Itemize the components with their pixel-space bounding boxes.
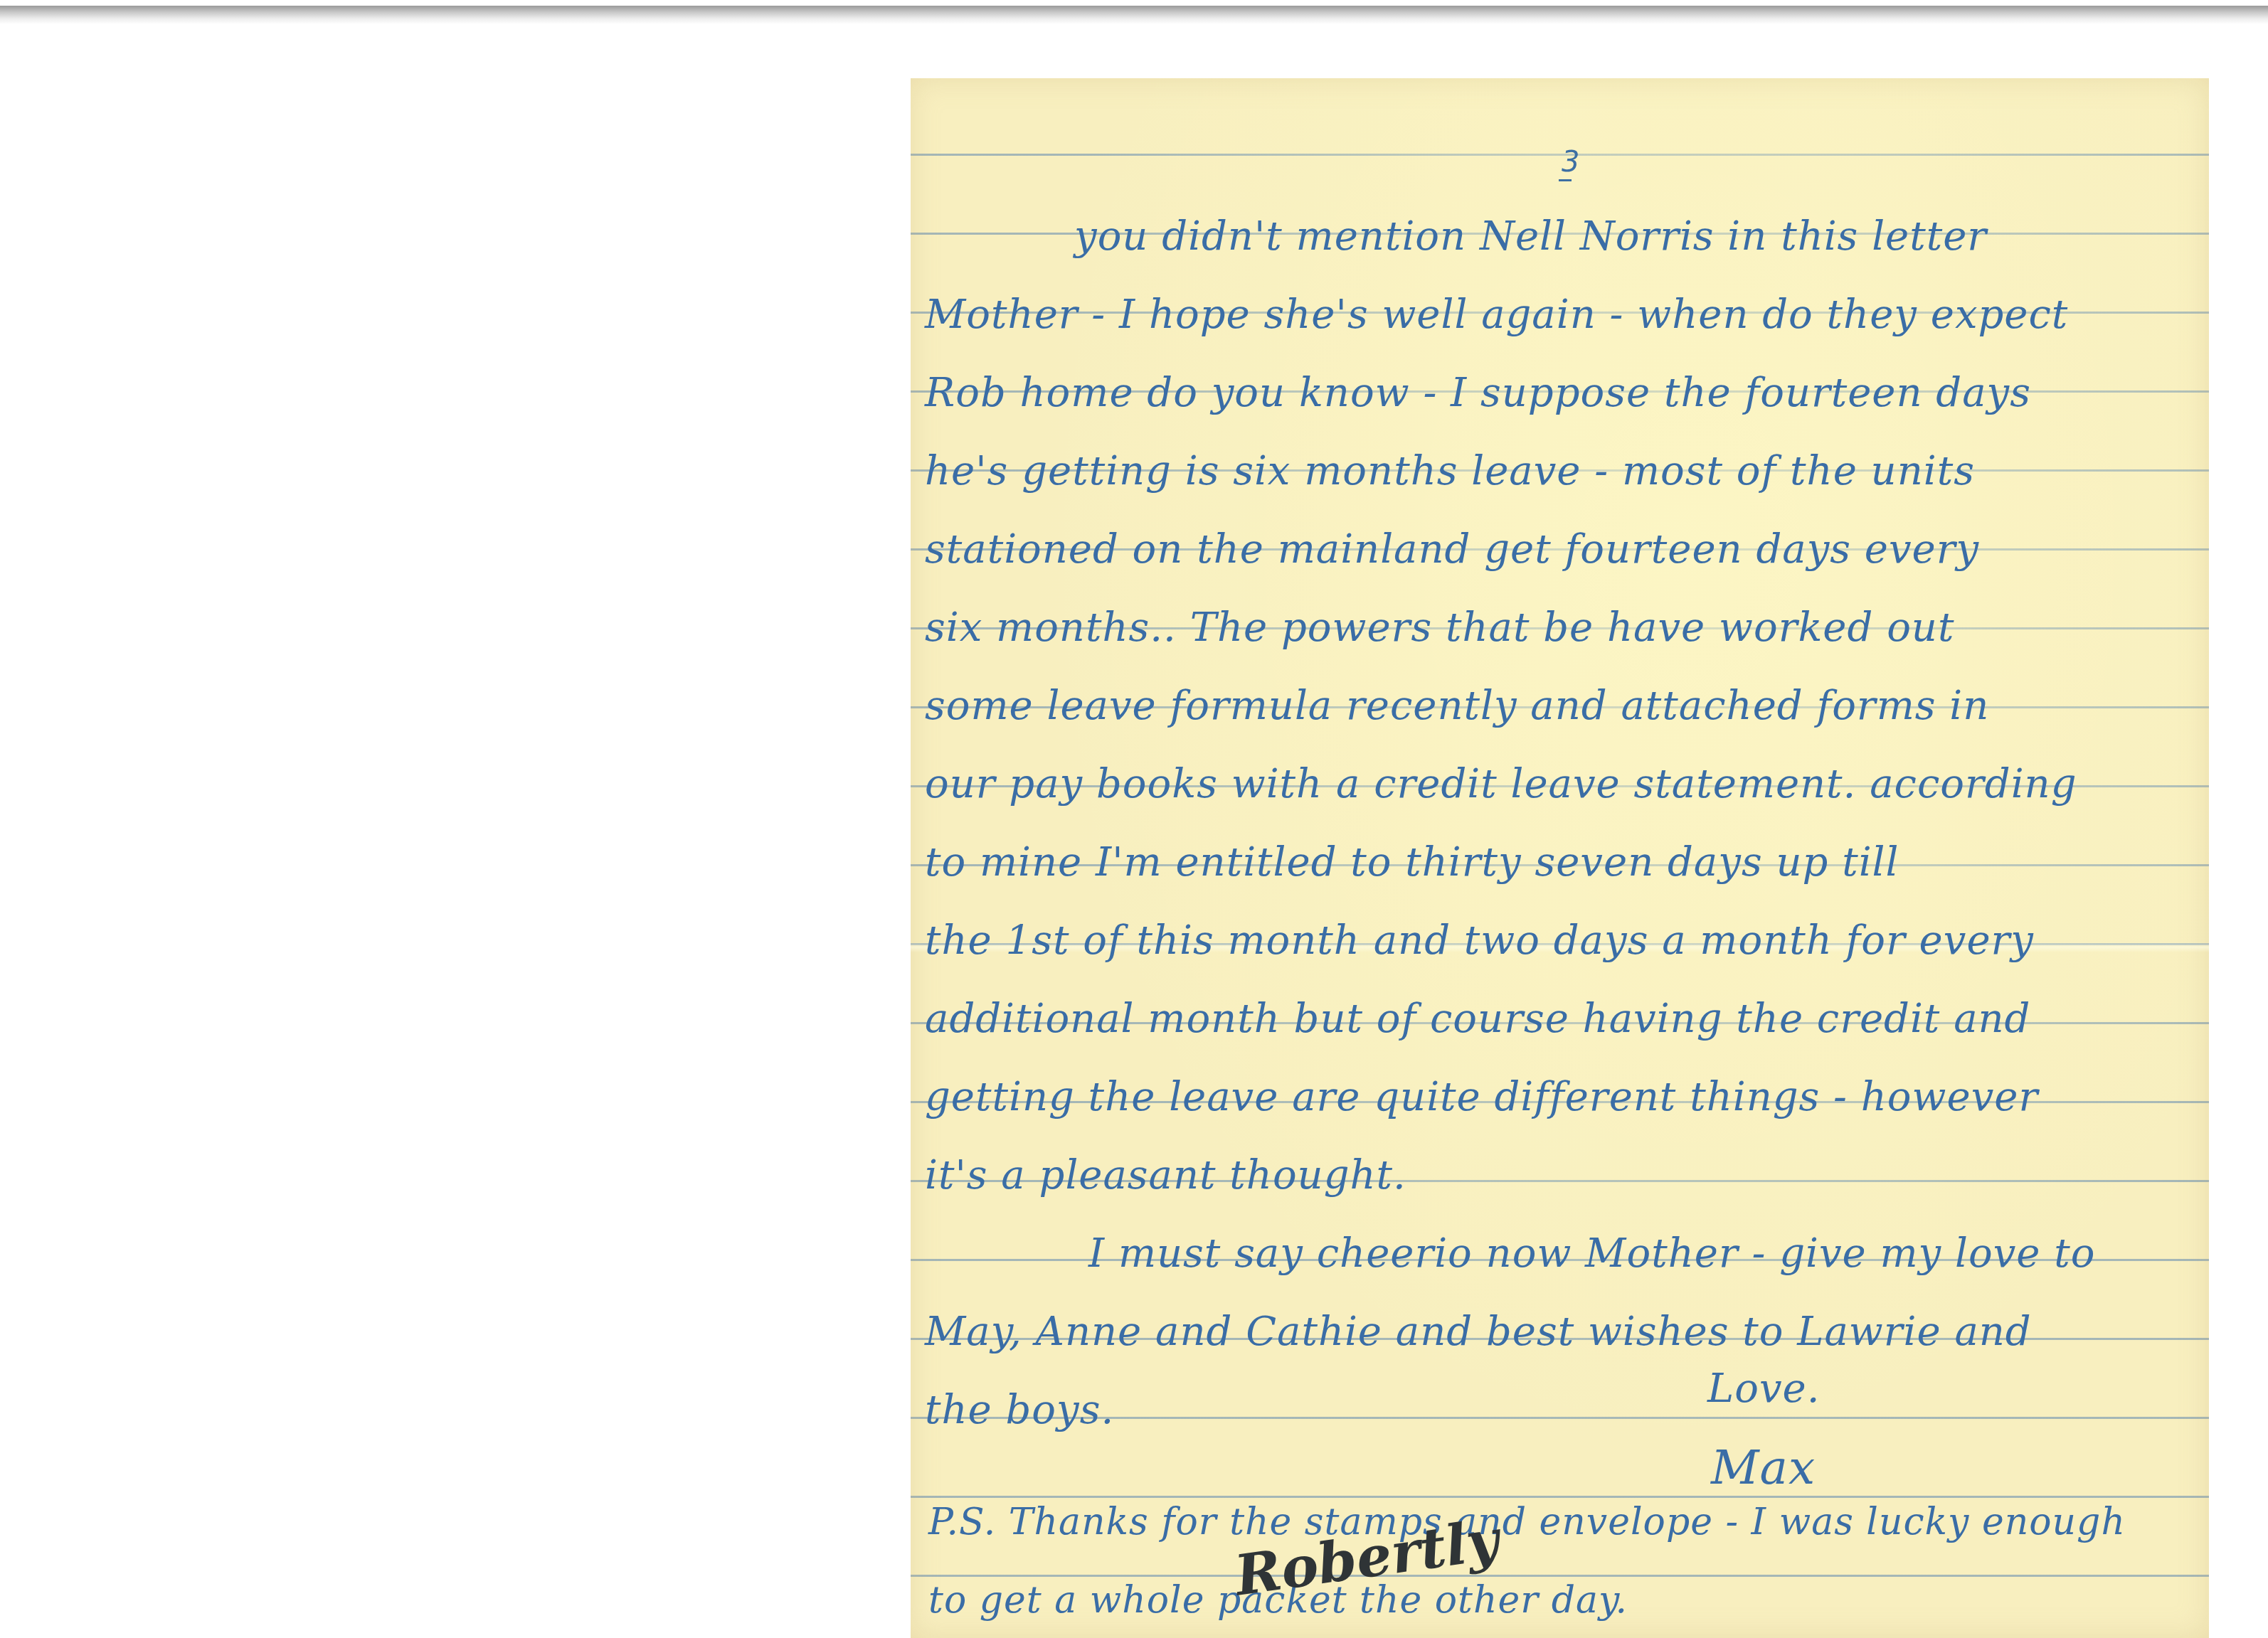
letter-line: you didn't mention Nell Norris in this l…	[1074, 213, 1987, 260]
letter-line: getting the leave are quite different th…	[925, 1074, 2038, 1120]
letter-line: Mother - I hope she's well again - when …	[925, 292, 2068, 338]
letter-line: he's getting is six months leave - most …	[925, 448, 1975, 494]
closing-line: May, Anne and Cathie and best wishes to …	[925, 1309, 2032, 1355]
letter-line: six months.. The powers that be have wor…	[925, 605, 1954, 651]
letter-line: stationed on the mainland get fourteen d…	[925, 526, 1979, 573]
letter-line: the 1st of this month and two days a mon…	[925, 918, 2034, 964]
letter-line: our pay books with a credit leave statem…	[925, 761, 2077, 807]
letter-page: 3 you didn't mention Nell Norris in this…	[911, 78, 2209, 1638]
letter-line: some leave formula recently and attached…	[925, 683, 1989, 729]
closing-line: the boys.	[925, 1387, 1114, 1433]
postscript-line: P.S. Thanks for the stamps and envelope …	[928, 1501, 2126, 1543]
letter-line: Rob home do you know - I suppose the fou…	[925, 370, 2031, 416]
letter-line: additional month but of course having th…	[925, 996, 2030, 1042]
valediction: Love.	[1707, 1366, 1820, 1412]
scanner-edge-shadow	[0, 6, 2268, 24]
letter-line: to mine I'm entitled to thirty seven day…	[925, 839, 1899, 886]
letter-line: it's a pleasant thought.	[925, 1152, 1406, 1198]
page-number: 3	[1562, 146, 1579, 179]
closing-line: I must say cheerio now Mother - give my …	[1088, 1230, 2095, 1277]
signed-name: Max	[1711, 1440, 1816, 1495]
